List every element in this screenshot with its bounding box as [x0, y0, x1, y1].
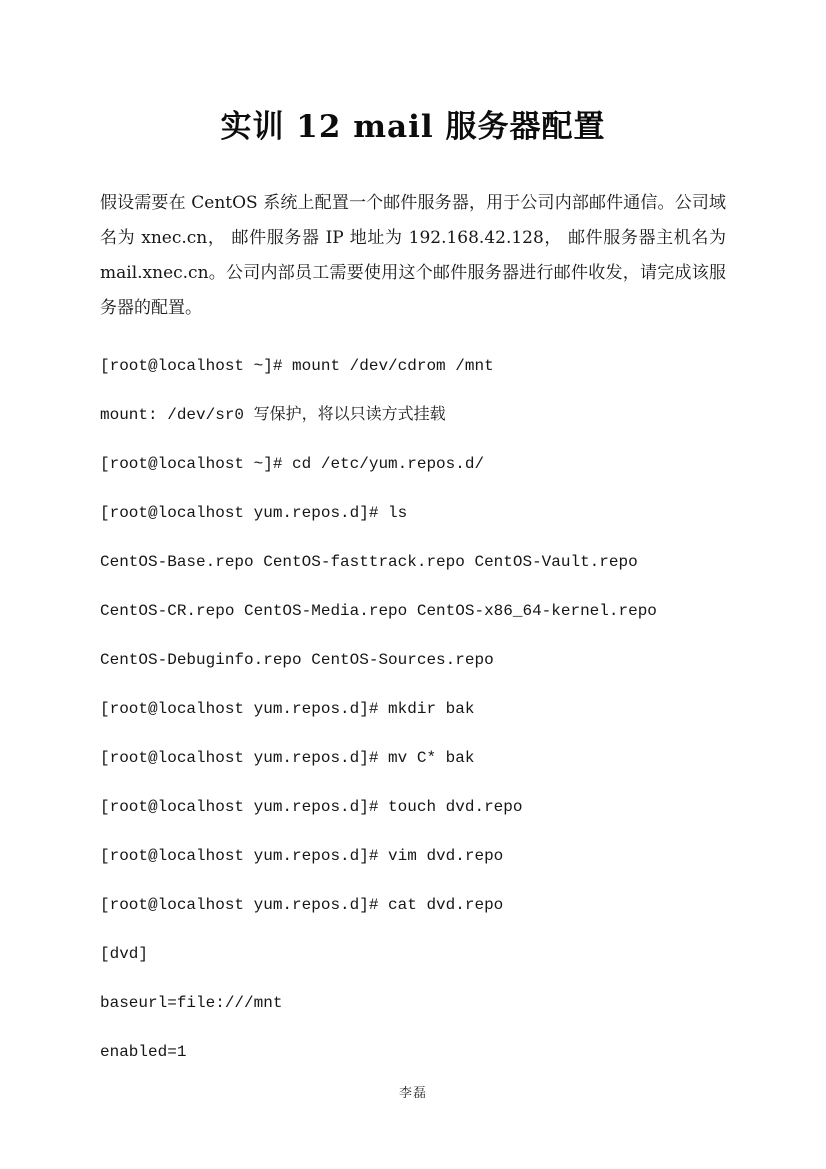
terminal-line: [root@localhost yum.repos.d]# ls [100, 489, 726, 538]
terminal-line: mount: /dev/sr0 写保护，将以只读方式挂载 [100, 391, 726, 440]
footer-author: 李磊 [0, 1082, 826, 1101]
terminal-line: [root@localhost yum.repos.d]# vim dvd.re… [100, 832, 726, 881]
terminal-line: CentOS-CR.repo CentOS-Media.repo CentOS-… [100, 587, 726, 636]
terminal-line: [root@localhost yum.repos.d]# mv C* bak [100, 734, 726, 783]
terminal-line: [dvd] [100, 930, 726, 979]
terminal-line: CentOS-Base.repo CentOS-fasttrack.repo C… [100, 538, 726, 587]
terminal-line: [root@localhost ~]# mount /dev/cdrom /mn… [100, 342, 726, 391]
terminal-transcript: [root@localhost ~]# mount /dev/cdrom /mn… [100, 342, 726, 1077]
intro-paragraph: 假设需要在 CentOS 系统上配置一个邮件服务器，用于公司内部邮件通信。公司域… [100, 186, 726, 326]
terminal-line: [root@localhost yum.repos.d]# mkdir bak [100, 685, 726, 734]
terminal-line: enabled=1 [100, 1028, 726, 1077]
terminal-line: [root@localhost ~]# cd /etc/yum.repos.d/ [100, 440, 726, 489]
terminal-line: baseurl=file:///mnt [100, 979, 726, 1028]
terminal-line: CentOS-Debuginfo.repo CentOS-Sources.rep… [100, 636, 726, 685]
document-page: 实训 12 mail 服务器配置 假设需要在 CentOS 系统上配置一个邮件服… [0, 0, 826, 1169]
terminal-line: [root@localhost yum.repos.d]# cat dvd.re… [100, 881, 726, 930]
terminal-line: [root@localhost yum.repos.d]# touch dvd.… [100, 783, 726, 832]
document-content: 实训 12 mail 服务器配置 假设需要在 CentOS 系统上配置一个邮件服… [0, 0, 826, 1077]
page-title: 实训 12 mail 服务器配置 [100, 106, 726, 148]
